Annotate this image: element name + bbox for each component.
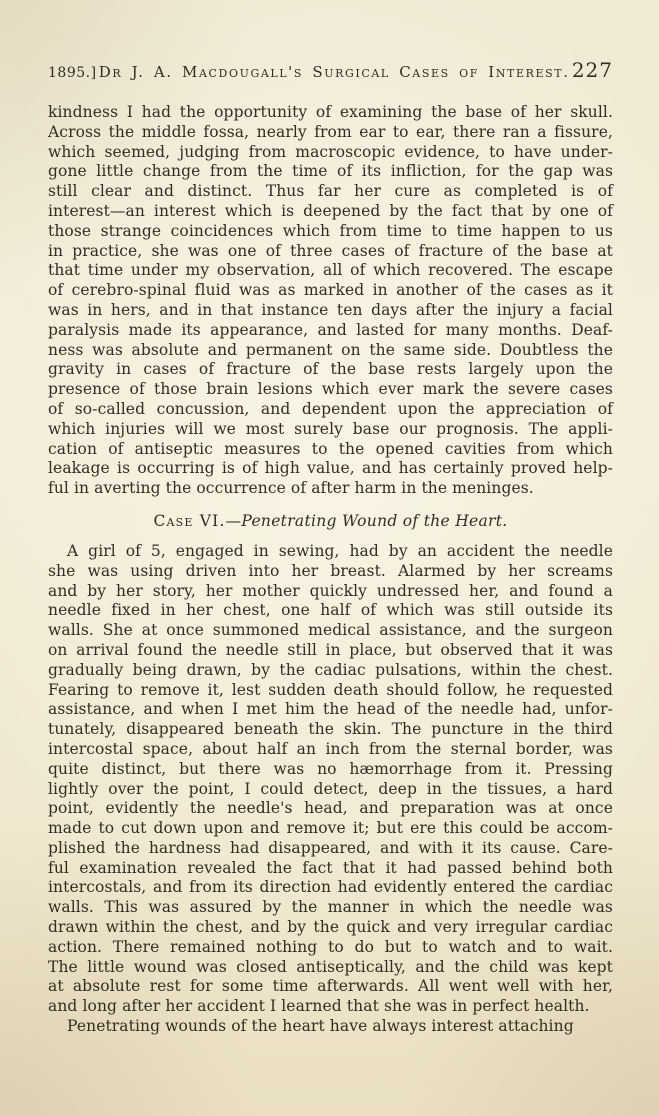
text-line: gone little change from the time of its … (48, 162, 613, 182)
text-line: which injuries will we most surely base … (48, 420, 613, 440)
text-line: still clear and distinct. Thus far her c… (48, 182, 613, 202)
header-year-bracket: 1895.] (48, 65, 97, 81)
text-line: at absolute rest for some time afterward… (48, 977, 613, 997)
text-line: plished the hardness had disappeared, an… (48, 839, 613, 859)
text-line: of so-called concussion, and dependent u… (48, 400, 613, 420)
text-line: and long after her accident I learned th… (48, 997, 613, 1017)
text-line: kindness I had the opportunity of examin… (48, 103, 613, 123)
text-line: point, evidently the needle's head, and … (48, 799, 613, 819)
text-line: Across the middle fossa, nearly from ear… (48, 123, 613, 143)
text-line: assistance, and when I met him the head … (48, 700, 613, 720)
text-line: A girl of 5, engaged in sewing, had by a… (48, 542, 613, 562)
case-heading-dash: — (226, 512, 242, 530)
scanned-page: 1895.] Dr J. A. Macdougall's Surgical Ca… (0, 0, 659, 1116)
header-title: Dr J. A. Macdougall's Surgical Cases of … (97, 63, 572, 81)
text-line: she was using driven into her breast. Al… (48, 562, 613, 582)
text-line: presence of those brain lesions which ev… (48, 380, 613, 400)
text-line: walls. This was assured by the manner in… (48, 898, 613, 918)
text-line: and by her story, her mother quickly und… (48, 582, 613, 602)
text-line: drawn within the chest, and by the quick… (48, 918, 613, 938)
text-line: intercostal space, about half an inch fr… (48, 740, 613, 760)
case-heading: Case VI.—Penetrating Wound of the Heart. (48, 512, 613, 530)
text-line: ful examination revealed the fact that i… (48, 859, 613, 879)
text-line: walls. She at once summoned medical assi… (48, 621, 613, 641)
text-line: The little wound was closed antiseptical… (48, 958, 613, 978)
text-line: needle fixed in her chest, one half of w… (48, 601, 613, 621)
text-line: in practice, she was one of three cases … (48, 242, 613, 262)
paragraph-closing: Penetrating wounds of the heart have alw… (48, 1017, 613, 1037)
text-line: leakage is occurring is of high value, a… (48, 459, 613, 479)
text-line: made to cut down upon and remove it; but… (48, 819, 613, 839)
paragraph-case-description: A girl of 5, engaged in sewing, had by a… (48, 542, 613, 1017)
text-line: action. There remained nothing to do but… (48, 938, 613, 958)
text-line: ful in averting the occurrence of after … (48, 479, 613, 499)
text-line: those strange coincidences which from ti… (48, 222, 613, 242)
case-number-label: Case VI. (153, 512, 225, 530)
text-line: interest—an interest which is deepened b… (48, 202, 613, 222)
text-line: tunately, disappeared beneath the skin. … (48, 720, 613, 740)
page-number: 227 (572, 58, 613, 82)
text-line: Penetrating wounds of the heart have alw… (48, 1017, 613, 1037)
text-line: Fearing to remove it, lest sudden death … (48, 681, 613, 701)
text-line: gradually being drawn, by the cadiac pul… (48, 661, 613, 681)
text-line: gravity in cases of fracture of the base… (48, 360, 613, 380)
text-line: which seemed, judging from macroscopic e… (48, 143, 613, 163)
text-line: intercostals, and from its direction had… (48, 878, 613, 898)
text-line: cation of antiseptic measures to the ope… (48, 440, 613, 460)
text-line: paralysis made its appearance, and laste… (48, 321, 613, 341)
text-line: of cerebro-spinal fluid was as marked in… (48, 281, 613, 301)
running-head: 1895.] Dr J. A. Macdougall's Surgical Ca… (48, 58, 613, 82)
text-line: lightly over the point, I could detect, … (48, 780, 613, 800)
paragraph-continuation: kindness I had the opportunity of examin… (48, 103, 613, 499)
text-line: ness was absolute and permanent on the s… (48, 341, 613, 361)
text-line: was in hers, and in that instance ten da… (48, 301, 613, 321)
text-line: quite distinct, but there was no hæmorrh… (48, 760, 613, 780)
case-title: Penetrating Wound of the Heart. (241, 512, 507, 530)
text-line: on arrival found the needle still in pla… (48, 641, 613, 661)
text-line: that time under my observation, all of w… (48, 261, 613, 281)
